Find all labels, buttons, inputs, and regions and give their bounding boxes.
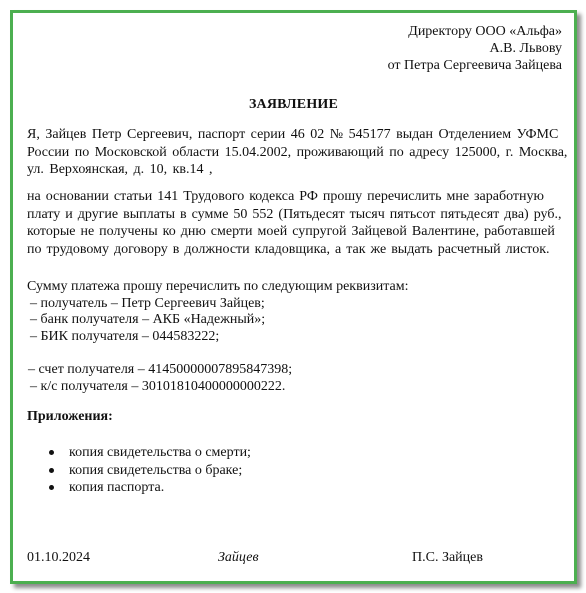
bullet-icon: [49, 468, 54, 473]
payment-intro: Сумму платежа прошу перечислить по следу…: [27, 279, 408, 296]
attachment-label: копия свидетельства о смерти;: [69, 445, 251, 460]
attachments-heading: Приложения:: [27, 408, 113, 425]
bullet-icon: [49, 450, 54, 455]
sender-line: от Петра Сергеевича Зайцева: [388, 57, 562, 74]
document-page: Директору ООО «Альфа» А.В. Львову от Пет…: [10, 10, 577, 584]
addressee-line: А.В. Львову: [388, 40, 562, 57]
signature: Зайцев: [218, 549, 259, 566]
addressee-line: Директору ООО «Альфа»: [388, 23, 562, 40]
paragraph-line: плату и другие выплаты в сумме 50 552 (П…: [27, 206, 561, 224]
applicant-paragraph: Я, Зайцев Петр Сергеевич, паспорт серии …: [27, 126, 567, 179]
paragraph-line: ул. Верхоянская, д. 10, кв.14 ,: [27, 161, 567, 179]
payment-bik: – БИК получателя – 044583222;: [27, 329, 408, 346]
bullet-icon: [49, 485, 54, 490]
attachment-label: копия паспорта.: [69, 480, 164, 495]
payment-correspondent-account: – к/с получателя – 30101810400000000222.: [27, 379, 408, 396]
paragraph-line: которые не получены ко дню смерти моей с…: [27, 223, 561, 241]
paragraph-line: на основании статьи 141 Трудового кодекс…: [27, 188, 561, 206]
document-date: 01.10.2024: [27, 549, 90, 566]
attachment-label: копия свидетельства о браке;: [69, 463, 242, 478]
request-paragraph: на основании статьи 141 Трудового кодекс…: [27, 188, 561, 258]
document-title: ЗАЯВЛЕНИЕ: [13, 96, 574, 113]
payment-details: Сумму платежа прошу перечислить по следу…: [27, 279, 408, 395]
spacer: [27, 345, 408, 362]
attachments-list: копия свидетельства о смерти; копия свид…: [49, 444, 251, 497]
payment-account: – счет получателя – 41450000007895847398…: [27, 362, 408, 379]
payment-recipient: – получатель – Петр Сергеевич Зайцев;: [27, 296, 408, 313]
list-item: копия свидетельства о браке;: [49, 462, 251, 480]
payment-bank: – банк получателя – АКБ «Надежный»;: [27, 312, 408, 329]
signer-name: П.С. Зайцев: [412, 549, 483, 566]
list-item: копия свидетельства о смерти;: [49, 444, 251, 462]
list-item: копия паспорта.: [49, 479, 251, 497]
addressee-block: Директору ООО «Альфа» А.В. Львову от Пет…: [388, 23, 562, 74]
paragraph-line: по трудовому договору в должности кладов…: [27, 241, 561, 259]
paragraph-line: Я, Зайцев Петр Сергеевич, паспорт серии …: [27, 126, 567, 144]
paragraph-line: России по Московской области 15.04.2002,…: [27, 144, 567, 162]
